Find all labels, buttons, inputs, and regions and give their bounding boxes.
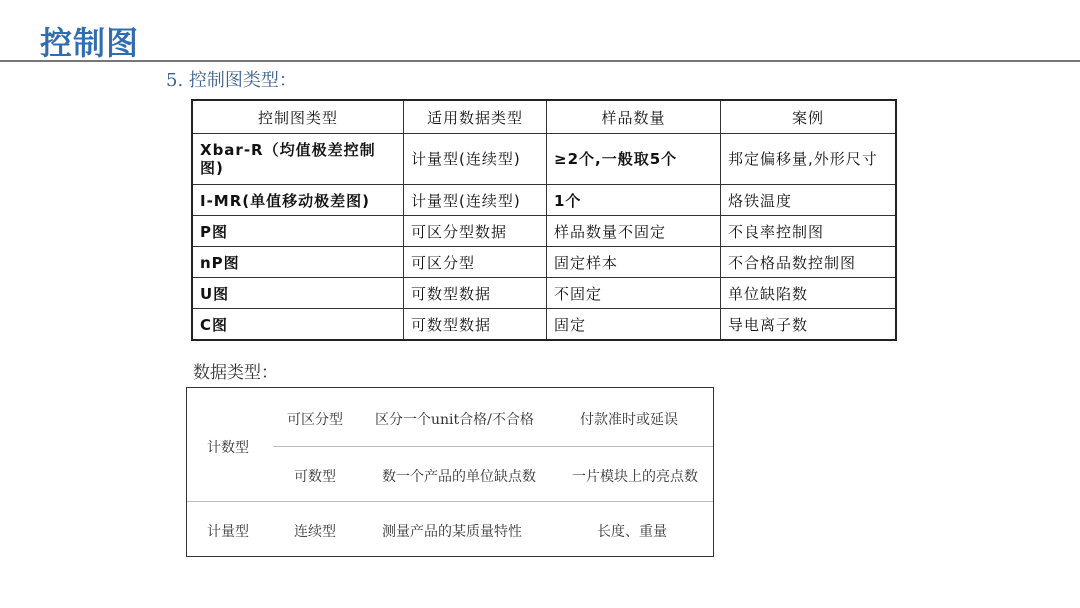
cell-data-type: 可数型数据 (404, 278, 547, 309)
table-row: U图 可数型数据 不固定 单位缺陷数 (192, 278, 896, 309)
cell-sample-size: 1个 (547, 185, 721, 216)
section-heading: 5. 控制图类型： (166, 66, 297, 92)
cell-chart-type: U图 (192, 278, 404, 309)
group-divider (187, 501, 713, 502)
cell-sample-size: 固定样本 (547, 247, 721, 278)
header-example: 案例 (721, 100, 897, 134)
cell-chart-type: I-MR(单值移动极差图) (192, 185, 404, 216)
cell-data-type: 可区分型 (404, 247, 547, 278)
cell-data-type: 可数型数据 (404, 309, 547, 341)
cell-sample-size: 不固定 (547, 278, 721, 309)
header-divider (0, 60, 1080, 62)
cell-example: 不合格品数控制图 (721, 247, 897, 278)
data-types-heading: 数据类型： (193, 358, 278, 383)
cell-data-type: 可区分型数据 (404, 216, 547, 247)
cell-chart-type: nP图 (192, 247, 404, 278)
cell-data-type: 计量型(连续型) (404, 134, 547, 185)
cell-sample-size: 样品数量不固定 (547, 216, 721, 247)
header-data-type: 适用数据类型 (404, 100, 547, 134)
table-row: P图 可区分型数据 样品数量不固定 不良率控制图 (192, 216, 896, 247)
data-types-box: 计数型 可区分型 区分一个unit合格/不合格 付款准时或延误 可数型 数一个产… (186, 387, 714, 557)
inner-divider (273, 446, 713, 447)
cell-data-type: 计量型(连续型) (404, 185, 547, 216)
subtype-example: 长度、重量 (597, 521, 667, 541)
subtype-example: 付款准时或延误 (580, 409, 678, 429)
subtype-label: 可区分型 (287, 409, 343, 429)
subtype-description: 测量产品的某质量特性 (382, 521, 522, 541)
cell-example: 烙铁温度 (721, 185, 897, 216)
header-chart-type: 控制图类型 (192, 100, 404, 134)
cell-sample-size: 固定 (547, 309, 721, 341)
cell-example: 邦定偏移量,外形尺寸 (721, 134, 897, 185)
subtype-label: 可数型 (294, 466, 336, 486)
cell-chart-type: P图 (192, 216, 404, 247)
table-row: nP图 可区分型 固定样本 不合格品数控制图 (192, 247, 896, 278)
cell-example: 单位缺陷数 (721, 278, 897, 309)
control-chart-types-table: 控制图类型 适用数据类型 样品数量 案例 Xbar-R（均值极差控制图) 计量型… (191, 99, 897, 341)
header-sample-size: 样品数量 (547, 100, 721, 134)
cell-example: 不良率控制图 (721, 216, 897, 247)
subtype-example: 一片模块上的亮点数 (572, 466, 698, 486)
subtype-label: 连续型 (294, 521, 336, 541)
category-attribute: 计数型 (207, 437, 249, 457)
category-variable: 计量型 (207, 521, 249, 541)
cell-chart-type: C图 (192, 309, 404, 341)
table-row: I-MR(单值移动极差图) 计量型(连续型) 1个 烙铁温度 (192, 185, 896, 216)
cell-example: 导电离子数 (721, 309, 897, 341)
table-row: Xbar-R（均值极差控制图) 计量型(连续型) ≥2个,一般取5个 邦定偏移量… (192, 134, 896, 185)
table-row: C图 可数型数据 固定 导电离子数 (192, 309, 896, 341)
subtype-description: 数一个产品的单位缺点数 (382, 466, 536, 486)
subtype-description: 区分一个unit合格/不合格 (375, 409, 534, 429)
slide-title: 控制图 (40, 18, 139, 64)
table-header-row: 控制图类型 适用数据类型 样品数量 案例 (192, 100, 896, 134)
cell-chart-type: Xbar-R（均值极差控制图) (192, 134, 404, 185)
cell-sample-size: ≥2个,一般取5个 (547, 134, 721, 185)
